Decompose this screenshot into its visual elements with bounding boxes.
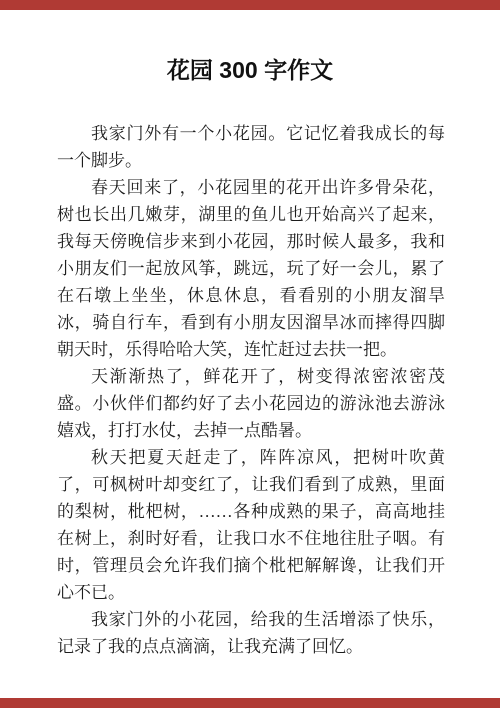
essay-paragraph: 春天回来了，小花园里的花开出许多骨朵花，树也长出几嫩芽，湖里的鱼儿也开始高兴了起… — [57, 174, 445, 363]
essay-paragraph: 天渐渐热了，鲜花开了，树变得浓密浓密茂盛。小伙伴们都约好了去小花园边的游泳池去游… — [57, 363, 445, 444]
essay-body: 我家门外有一个小花园。它记忆着我成长的每一个脚步。 春天回来了，小花园里的花开出… — [57, 120, 445, 660]
essay-title: 花园 300 字作文 — [0, 0, 500, 84]
essay-paragraph: 秋天把夏天赶走了，阵阵凉风，把树叶吹黄了，可枫树叶却变红了，让我们看到了成熟，里… — [57, 444, 445, 606]
essay-paragraph: 我家门外的小花园，给我的生活增添了快乐，记录了我的点点滴滴，让我充满了回忆。 — [57, 606, 445, 660]
document-page: 花园 300 字作文 我家门外有一个小花园。它记忆着我成长的每一个脚步。 春天回… — [0, 0, 500, 708]
bottom-border-bar — [0, 698, 500, 708]
essay-paragraph: 我家门外有一个小花园。它记忆着我成长的每一个脚步。 — [57, 120, 445, 174]
top-border-bar — [0, 0, 500, 10]
